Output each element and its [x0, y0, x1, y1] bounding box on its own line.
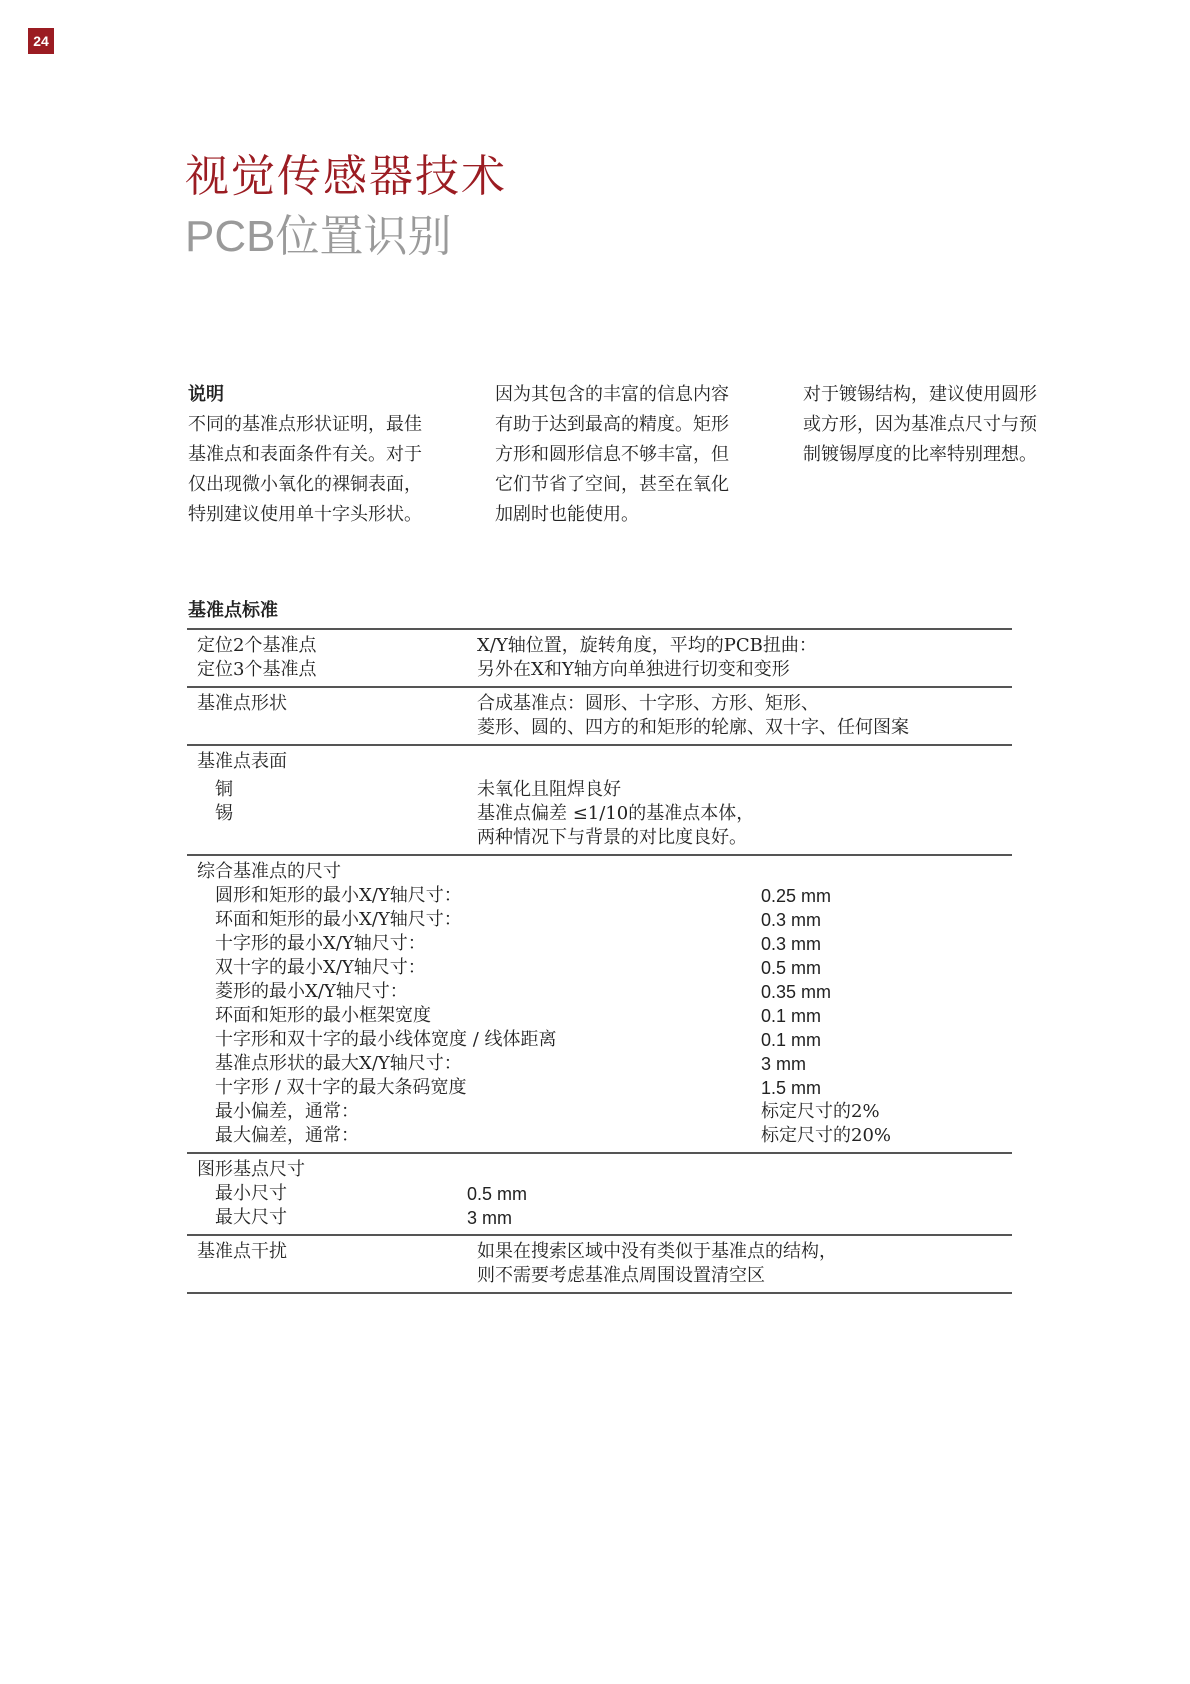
page-subtitle: PCB位置识别: [185, 200, 451, 264]
standards-table: 定位2个基准点 定位3个基准点 X/Y轴位置，旋转角度，平均的PCB扭曲： 另外…: [187, 628, 1012, 1294]
size-value: 0.5 mm: [467, 1182, 1012, 1206]
row-label: 基准点表面: [187, 750, 1012, 774]
row-label: 图形基点尺寸: [187, 1158, 1012, 1182]
row-value: 菱形、圆的、四方的和矩形的轮廓、双十字、任何图案: [477, 716, 1012, 740]
dim-label: 十字形的最小X/Y轴尺寸：: [187, 932, 761, 956]
row-value: 合成基准点：圆形、十字形、方形、矩形、: [477, 692, 1012, 716]
dim-label: 基准点形状的最大X/Y轴尺寸：: [187, 1052, 761, 1076]
row-label: 定位3个基准点: [197, 658, 477, 682]
intro-line: 加剧时也能使用。: [495, 500, 757, 530]
dim-value: 标定尺寸的2%: [761, 1100, 1012, 1124]
size-value: 3 mm: [467, 1206, 1012, 1230]
dim-label: 最小偏差，通常：: [187, 1100, 761, 1124]
standards-heading: 基准点标准: [188, 596, 278, 622]
row-value: 则不需要考虑基准点周围设置清空区: [477, 1264, 1012, 1288]
row-sublabel: [187, 826, 477, 850]
row-value: 另外在X和Y轴方向单独进行切变和变形: [477, 658, 1012, 682]
dim-value: 1.5 mm: [761, 1076, 1012, 1100]
dim-label: 圆形和矩形的最小X/Y轴尺寸：: [187, 884, 761, 908]
dim-label: 双十字的最小X/Y轴尺寸：: [187, 956, 761, 980]
row-label: 综合基准点的尺寸: [187, 860, 1012, 884]
dim-value: 3 mm: [761, 1052, 1012, 1076]
dim-value: 0.35 mm: [761, 980, 1012, 1004]
row-value: 如果在搜索区域中没有类似于基准点的结构，: [477, 1240, 1012, 1264]
intro-column-1: 说明 不同的基准点形状证明，最佳 基准点和表面条件有关。对于 仅出现微小氧化的裸…: [188, 380, 450, 530]
table-row-pattern-size: 图形基点尺寸 最小尺寸 0.5 mm 最大尺寸 3 mm: [187, 1152, 1012, 1234]
intro-line: 基准点和表面条件有关。对于: [188, 440, 450, 470]
dim-label: 十字形 / 双十字的最大条码宽度: [187, 1076, 761, 1100]
row-sublabel: 铜: [187, 778, 477, 802]
dim-value: 0.25 mm: [761, 884, 1012, 908]
dim-value: 0.1 mm: [761, 1004, 1012, 1028]
dim-value: 0.5 mm: [761, 956, 1012, 980]
row-label: 基准点形状: [187, 692, 477, 740]
page-number-badge: 24: [28, 28, 54, 54]
row-label: 定位2个基准点: [197, 634, 477, 658]
intro-column-3: 对于镀锡结构，建议使用圆形 或方形，因为基准点尺寸与预 制镀锡厚度的比率特别理想…: [803, 380, 1065, 470]
table-row-positioning: 定位2个基准点 定位3个基准点 X/Y轴位置，旋转角度，平均的PCB扭曲： 另外…: [187, 628, 1012, 686]
dim-label: 菱形的最小X/Y轴尺寸：: [187, 980, 761, 1004]
intro-line: 它们节省了空间，甚至在氧化: [495, 470, 757, 500]
intro-line: 或方形，因为基准点尺寸与预: [803, 410, 1065, 440]
size-label: 最大尺寸: [187, 1206, 467, 1230]
table-row-interference: 基准点干扰 如果在搜索区域中没有类似于基准点的结构， 则不需要考虑基准点周围设置…: [187, 1234, 1012, 1294]
table-row-shape: 基准点形状 合成基准点：圆形、十字形、方形、矩形、 菱形、圆的、四方的和矩形的轮…: [187, 686, 1012, 744]
intro-line: 不同的基准点形状证明，最佳: [188, 410, 450, 440]
intro-line: 仅出现微小氧化的裸铜表面，: [188, 470, 450, 500]
intro-line: 有助于达到最高的精度。矩形: [495, 410, 757, 440]
dim-label: 十字形和双十字的最小线体宽度 / 线体距离: [187, 1028, 761, 1052]
intro-line: 因为其包含的丰富的信息内容: [495, 380, 757, 410]
row-label: 基准点干扰: [187, 1240, 477, 1288]
intro-line: 制镀锡厚度的比率特别理想。: [803, 440, 1065, 470]
row-sublabel: 锡: [187, 802, 477, 826]
size-label: 最小尺寸: [187, 1182, 467, 1206]
row-value: X/Y轴位置，旋转角度，平均的PCB扭曲：: [477, 634, 1012, 658]
row-value: 两种情况下与背景的对比度良好。: [477, 826, 1012, 850]
intro-line: 方形和圆形信息不够丰富，但: [495, 440, 757, 470]
row-value: 基准点偏差 ≤1/10的基准点本体，: [477, 802, 1012, 826]
page-title: 视觉传感器技术: [185, 140, 507, 204]
table-row-surface: 基准点表面 铜 未氧化且阻焊良好 锡 基准点偏差 ≤1/10的基准点本体， 两种…: [187, 744, 1012, 854]
dim-value: 0.3 mm: [761, 908, 1012, 932]
dim-value: 0.3 mm: [761, 932, 1012, 956]
intro-heading: 说明: [188, 380, 450, 410]
intro-line: 对于镀锡结构，建议使用圆形: [803, 380, 1065, 410]
dim-label: 环面和矩形的最小框架宽度: [187, 1004, 761, 1028]
dim-value: 0.1 mm: [761, 1028, 1012, 1052]
dim-label: 最大偏差，通常：: [187, 1124, 761, 1148]
table-row-dimensions: 综合基准点的尺寸 圆形和矩形的最小X/Y轴尺寸： 0.25 mm 环面和矩形的最…: [187, 854, 1012, 1152]
row-value: 未氧化且阻焊良好: [477, 778, 1012, 802]
intro-column-2: 因为其包含的丰富的信息内容 有助于达到最高的精度。矩形 方形和圆形信息不够丰富，…: [495, 380, 757, 530]
intro-line: 特别建议使用单十字头形状。: [188, 500, 450, 530]
dim-label: 环面和矩形的最小X/Y轴尺寸：: [187, 908, 761, 932]
dim-value: 标定尺寸的20%: [761, 1124, 1012, 1148]
